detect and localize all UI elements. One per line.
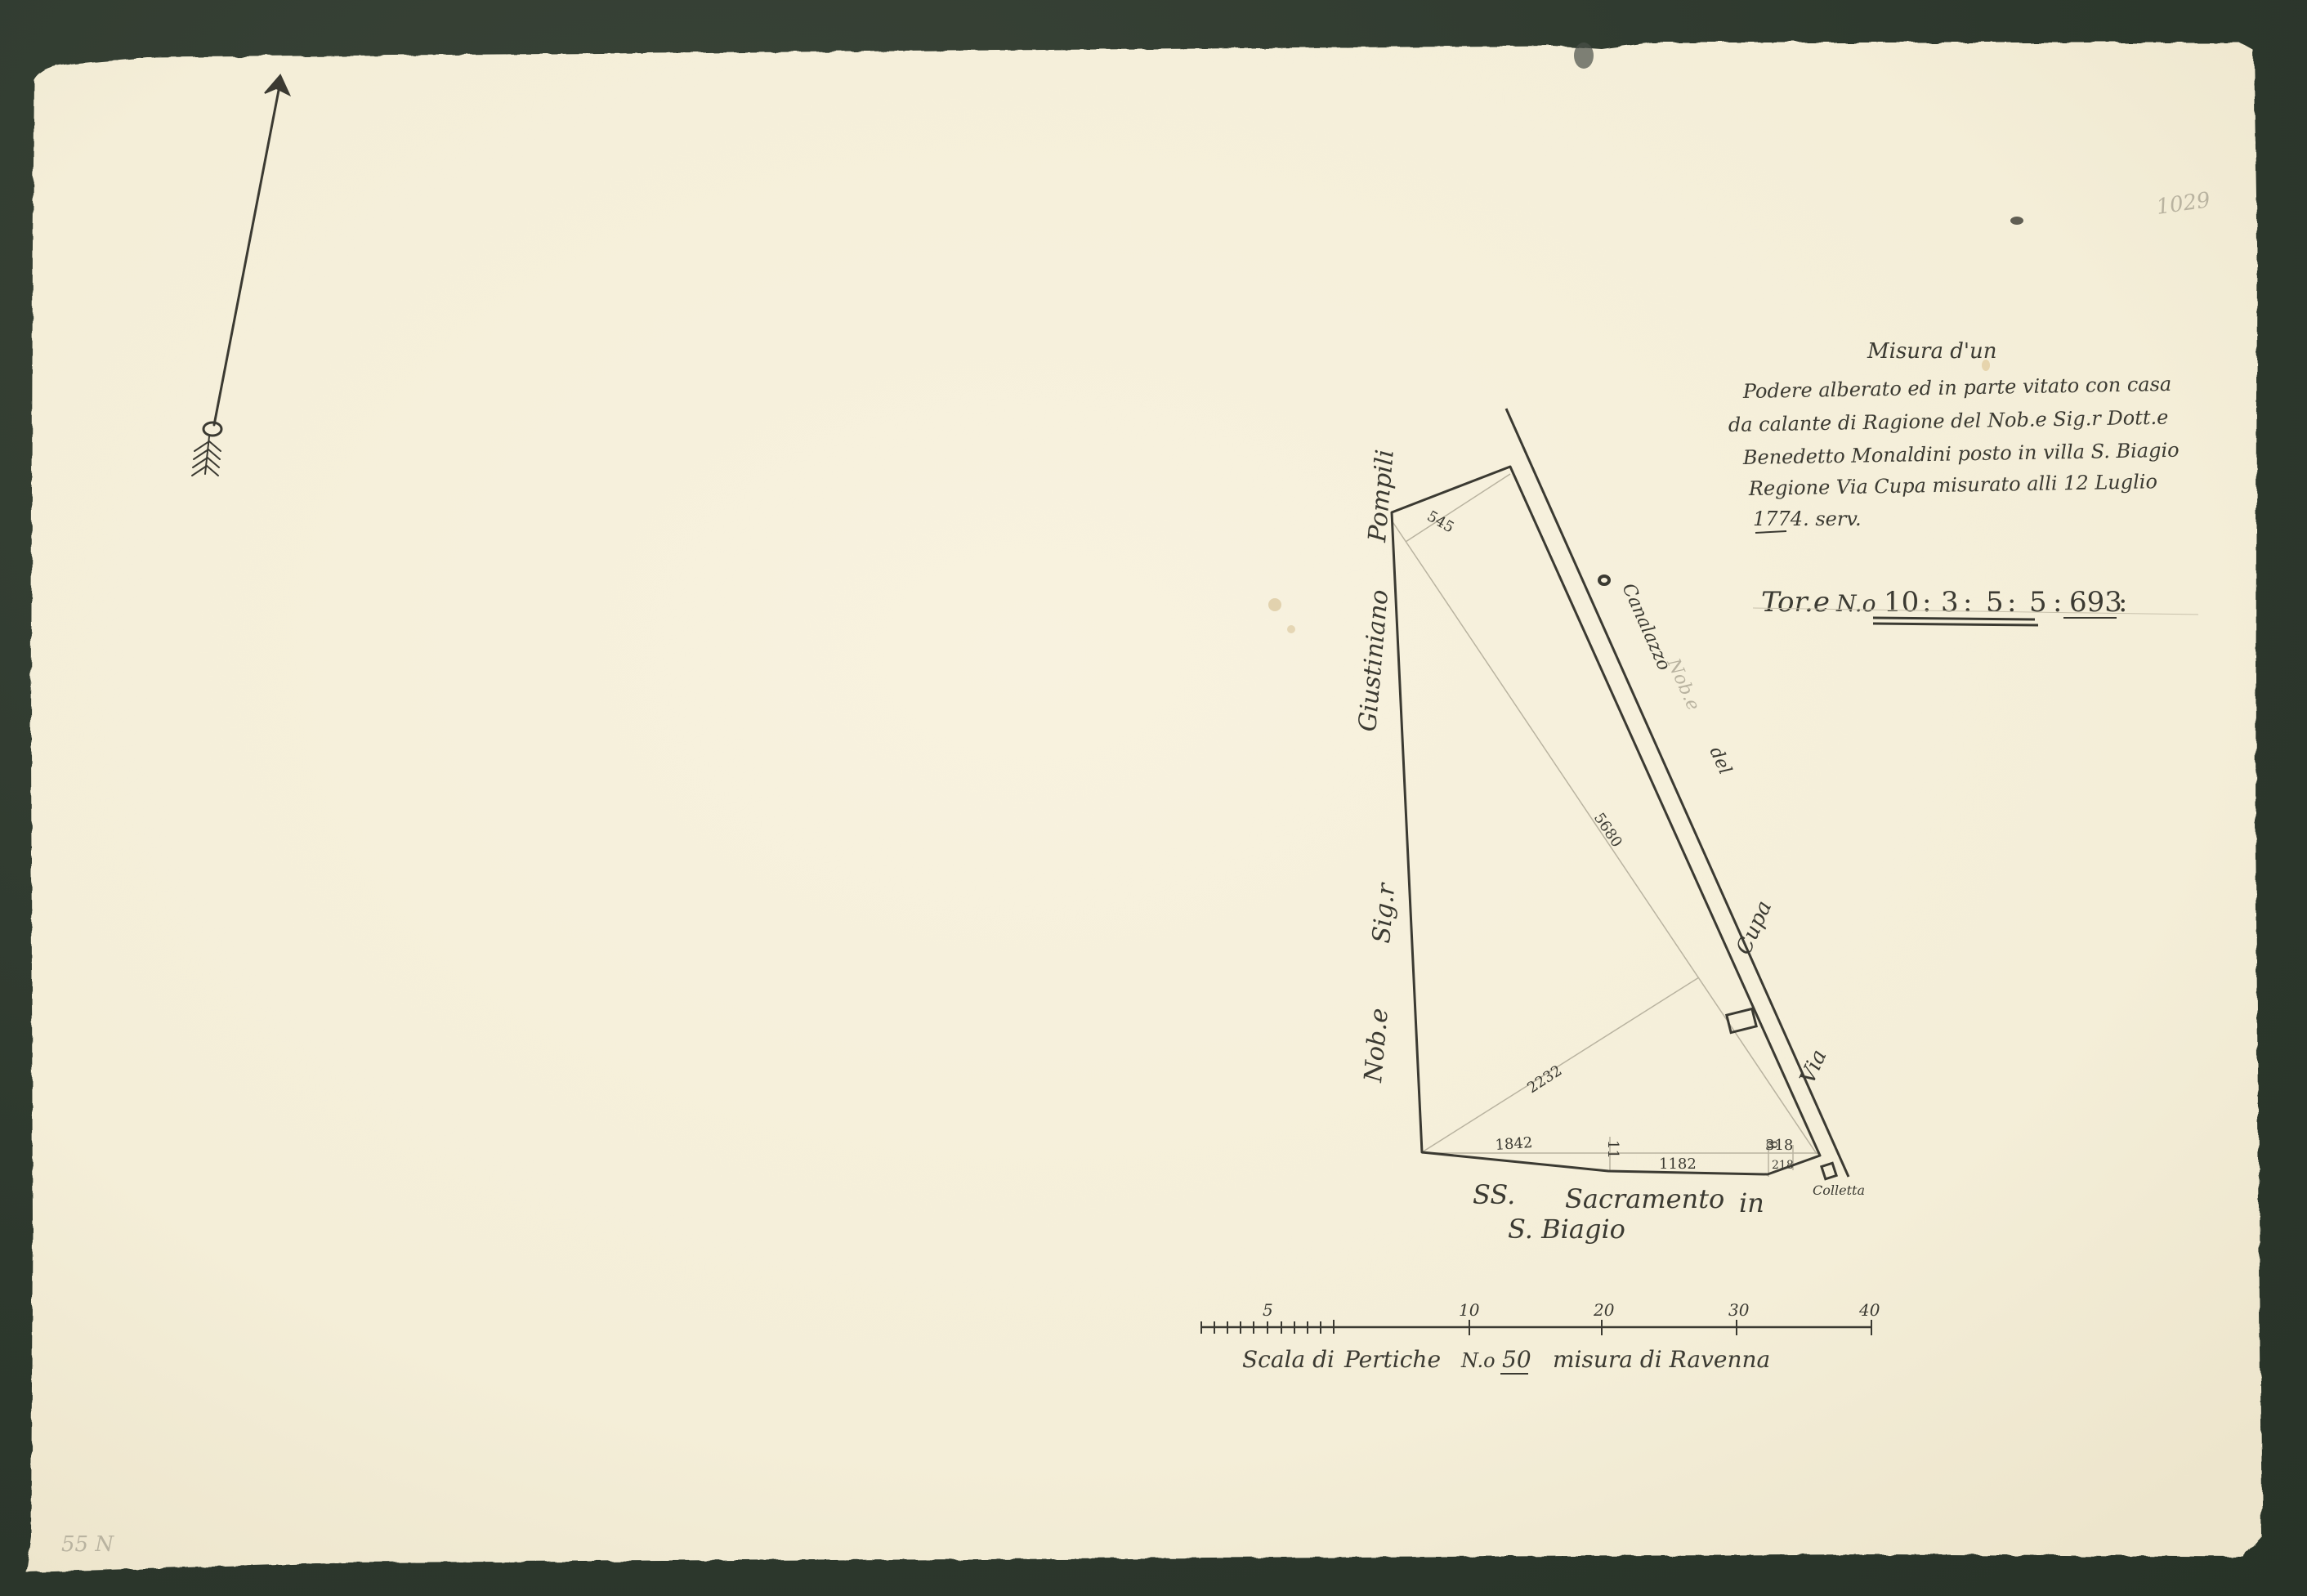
measure-south-4: 218	[1772, 1159, 1794, 1172]
ink-blot	[1574, 42, 1594, 69]
scale-caption: Scala di Pertiche N.o 50 misura di Raven…	[1242, 1346, 1770, 1374]
title-heading: Misura d'un	[1867, 339, 1997, 364]
svg-text:Scala di: Scala di	[1242, 1346, 1335, 1373]
title-line-5: 1774. serv.	[1753, 507, 1862, 530]
colletta-label: Colletta	[1813, 1182, 1865, 1198]
paper-sheet	[26, 42, 2262, 1572]
measure-south-1: 1842	[1495, 1134, 1533, 1154]
svg-text:N.o: N.o	[1835, 590, 1876, 617]
map-sheet: 1029 55 N Misura d'un Podere alberato ed…	[0, 0, 2307, 1596]
svg-text:Tor.e: Tor.e	[1761, 586, 1830, 619]
measure-offset-1: 11	[1604, 1140, 1621, 1159]
south-label-sacramento: Sacramento	[1565, 1183, 1724, 1214]
south-label-in: in	[1739, 1187, 1764, 1218]
svg-text::: :	[1922, 586, 1931, 619]
svg-text::: :	[2007, 586, 2016, 619]
stain	[1268, 598, 1281, 611]
west-label-sig: Sig.r	[1367, 881, 1401, 945]
scale-tick-30: 30	[1728, 1300, 1750, 1320]
stain	[1287, 625, 1295, 633]
scale-tick-10: 10	[1459, 1300, 1480, 1320]
scale-tick-40: 40	[1858, 1300, 1880, 1320]
area-value-4: 5	[2029, 586, 2047, 619]
ink-spot	[2010, 217, 2023, 225]
measure-offset-2: 8	[1763, 1140, 1780, 1149]
svg-text::: :	[1963, 586, 1972, 619]
south-label-ss: SS.	[1473, 1179, 1515, 1210]
svg-text:N.o: N.o	[1460, 1349, 1496, 1372]
measure-south-2: 1182	[1659, 1156, 1697, 1173]
svg-text:misura di Ravenna: misura di Ravenna	[1553, 1346, 1770, 1373]
svg-text:Pertiche: Pertiche	[1344, 1346, 1441, 1373]
svg-text::: :	[2053, 586, 2062, 619]
area-value-2: 3	[1941, 586, 1959, 619]
scale-tick-5: 5	[1263, 1300, 1273, 1320]
margin-note-bottom-left: 55 N	[61, 1532, 114, 1557]
scale-tick-20: 20	[1593, 1300, 1615, 1320]
scale-value-50: 50	[1502, 1346, 1531, 1373]
area-value-1: 10	[1884, 586, 1919, 619]
south-label-biagio: S. Biagio	[1508, 1214, 1625, 1245]
area-value-3: 5	[1986, 586, 2004, 619]
area-value-5: 693	[2069, 586, 2122, 619]
